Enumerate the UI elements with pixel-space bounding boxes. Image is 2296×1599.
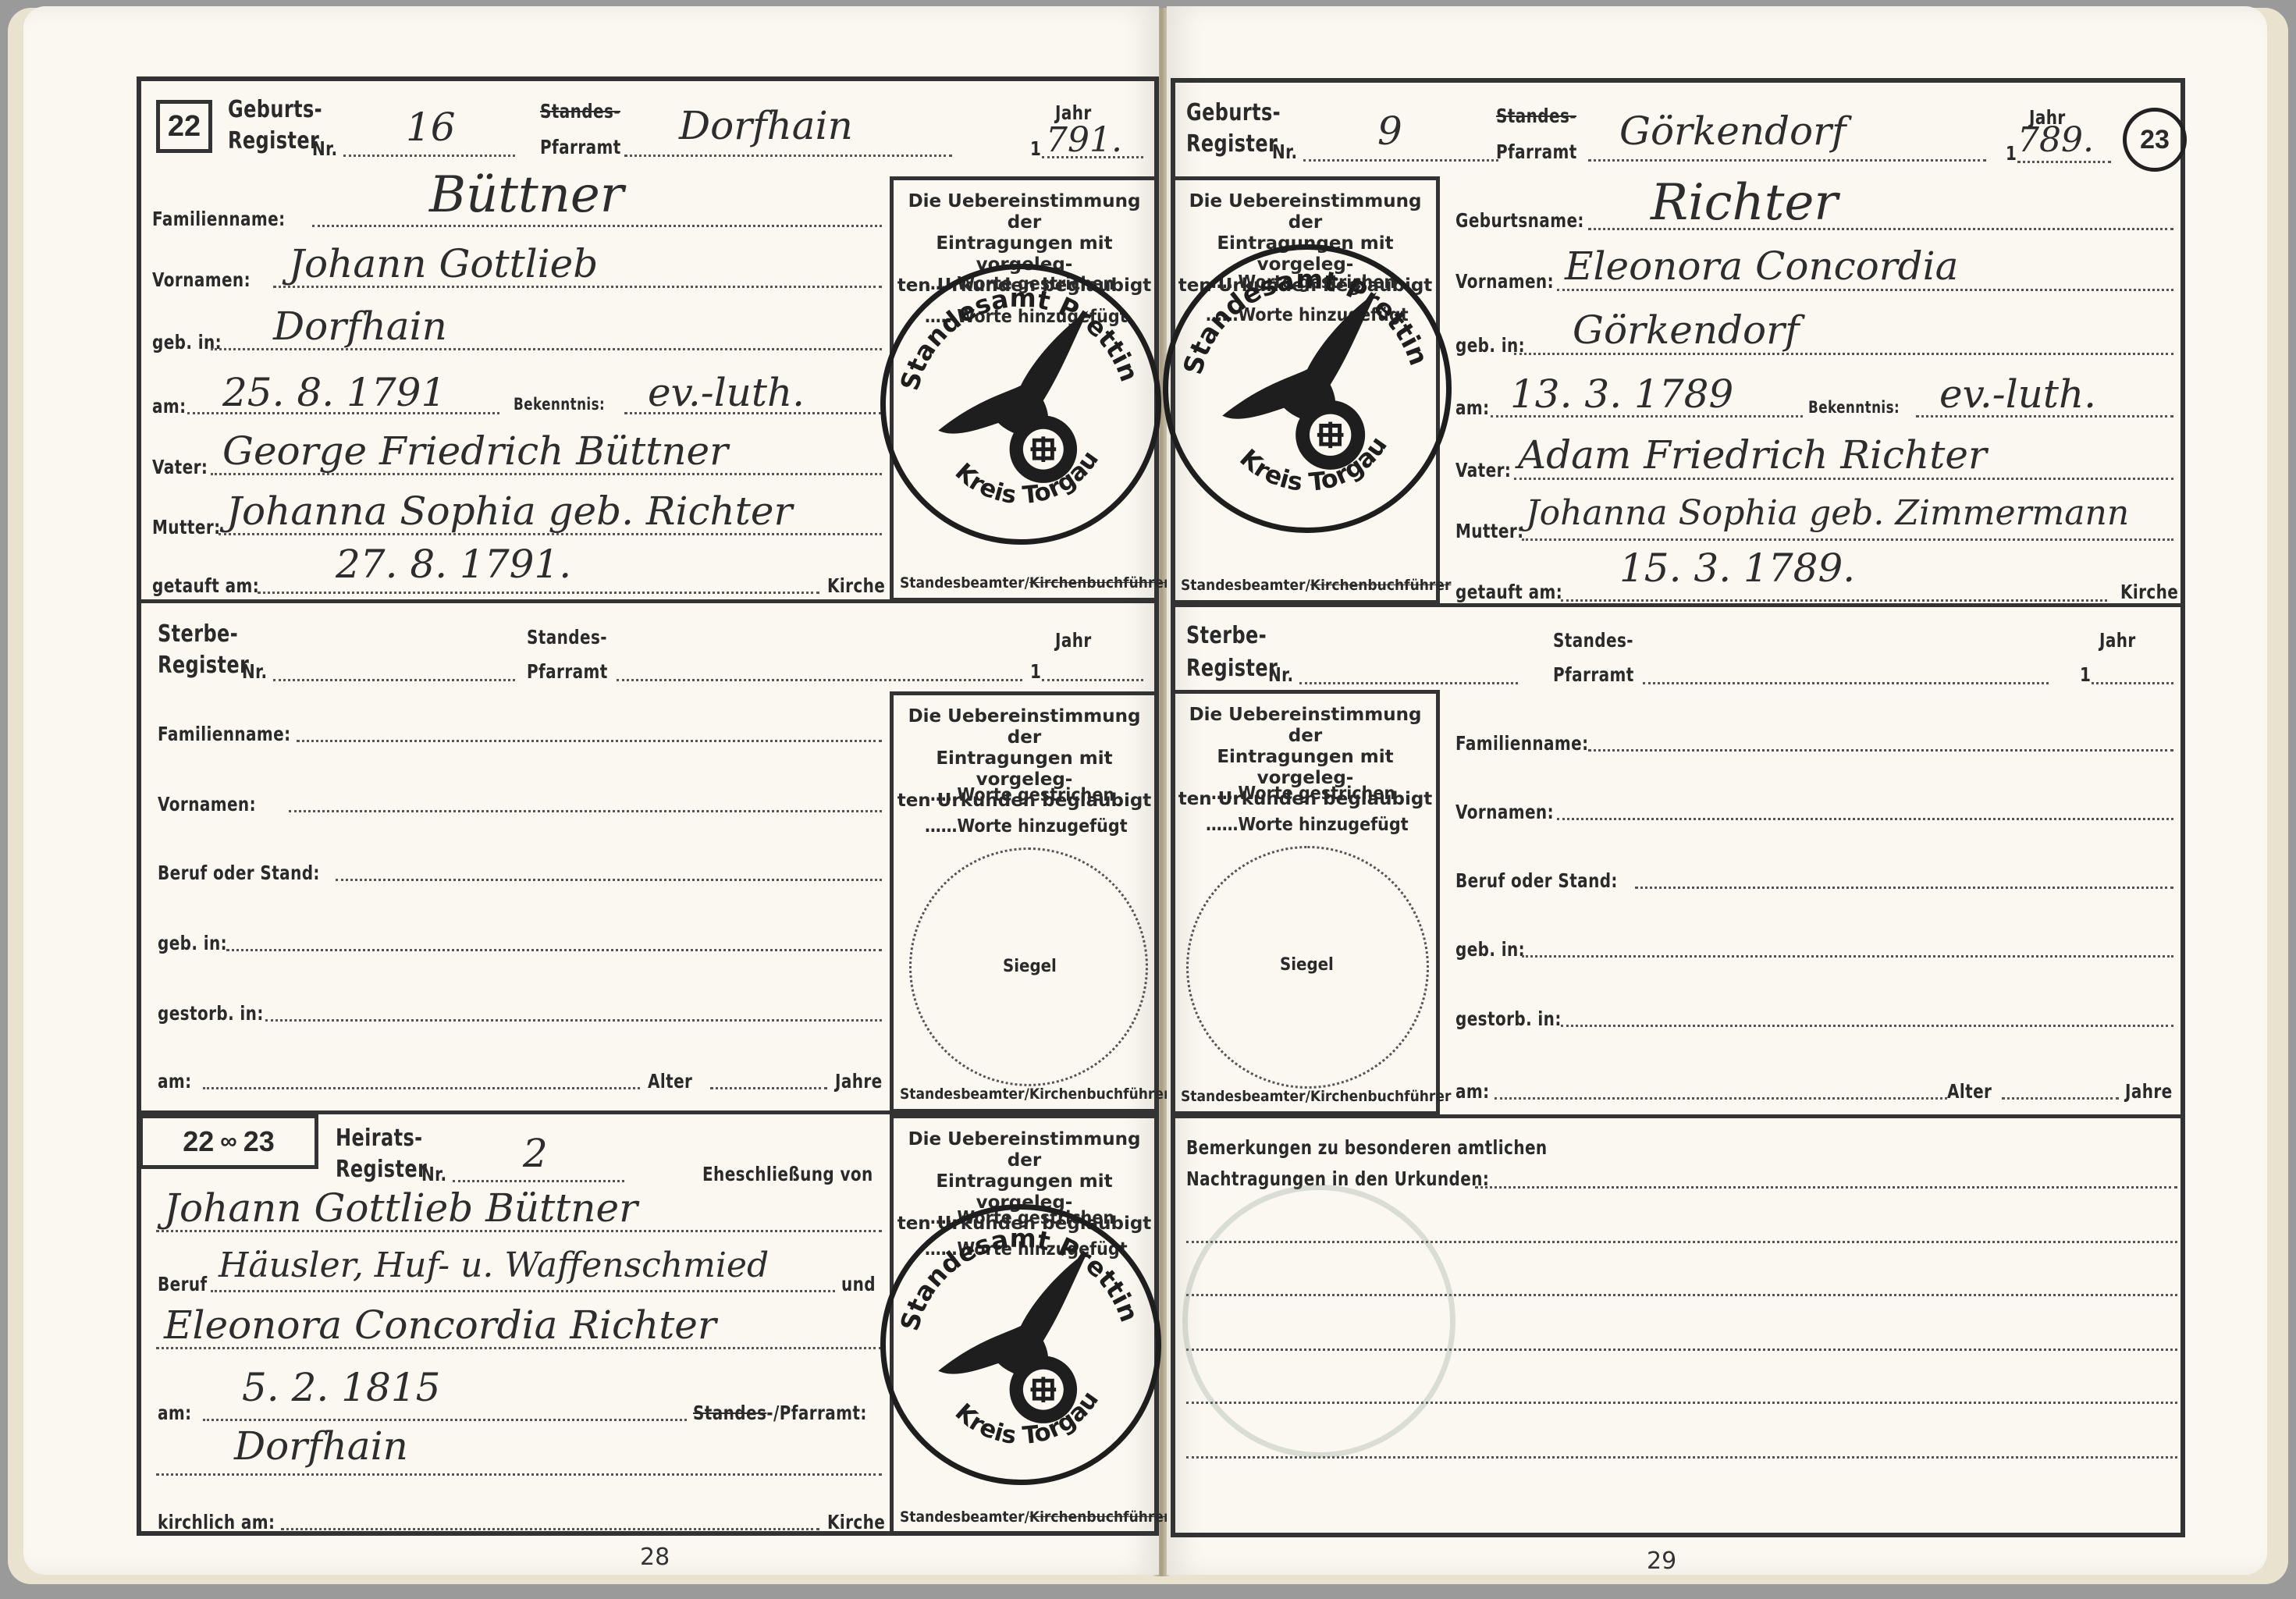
- marriage-groom: Johann Gottlieb Büttner: [164, 1189, 638, 1228]
- label-nr: Nr.: [242, 662, 268, 681]
- field-line: [624, 155, 952, 157]
- label-pfarramt: Pfarramt: [527, 662, 608, 681]
- birth-bekenntnis: ev.-luth.: [648, 373, 805, 412]
- label-vater: Vater:: [152, 457, 208, 477]
- field-line: [1522, 538, 2173, 541]
- cert-footer: Standesbeamter/Kirchenbuchführer: [900, 1508, 1149, 1526]
- label-kirche: Kirche: [827, 576, 885, 595]
- marriage-groom-beruf: Häusler, Huf- u. Waffenschmied: [219, 1249, 769, 1283]
- section-divider: [137, 599, 1159, 603]
- label-am: am:: [152, 396, 187, 416]
- birth-pfarramt: Görkendorf: [1619, 112, 1846, 151]
- label-pfarramt: Pfarramt: [540, 137, 621, 157]
- field-line: [453, 1180, 624, 1182]
- svg-text:Standesamt Prettin: Standesamt Prettin: [1178, 264, 1434, 378]
- couple-number-husband: 22: [183, 1125, 214, 1158]
- label-standes-pfarramt: Standes-/Pfarramt:: [693, 1403, 867, 1423]
- death-alter-field[interactable]: [2002, 1097, 2119, 1100]
- right-page: Geburts- Register Nr. 9 Standes- Pfarram…: [1167, 6, 2267, 1575]
- label-bekenntnis: Bekenntnis:: [514, 396, 605, 413]
- cert-line-1: Die Uebereinstimmung der: [894, 706, 1155, 748]
- official-stamp: Standesamt Prettin Kreis Torgau: [1163, 244, 1452, 533]
- label-kirchlich-am: kirchlich am:: [158, 1512, 275, 1532]
- cert-line-1: Die Uebereinstimmung der: [894, 191, 1155, 233]
- label-am: am:: [158, 1403, 192, 1423]
- label-alter: Alter: [648, 1071, 692, 1091]
- page-number-left: 28: [640, 1544, 670, 1571]
- label-geburts: Geburts-: [228, 98, 322, 122]
- label-register: Register: [1186, 133, 1278, 156]
- cert-footer: Standesbeamter/Kirchenbuchführer: [900, 574, 1149, 592]
- label-register: Register: [228, 130, 319, 153]
- label-mutter: Mutter:: [1455, 521, 1523, 541]
- birth-date: 25. 8. 1791: [222, 373, 446, 412]
- cert-line-2: Eintragungen mit vorgeleg-: [894, 748, 1155, 791]
- death-register-nr-field[interactable]: [1299, 682, 1518, 684]
- label-geburts: Geburts-: [1186, 101, 1281, 125]
- label-beruf: Beruf: [158, 1274, 208, 1294]
- label-pfarramt: Pfarramt: [1553, 665, 1634, 684]
- cert-line-1: Die Uebereinstimmung der: [894, 1129, 1155, 1171]
- label-vornamen: Vornamen:: [1455, 802, 1554, 822]
- birth-year: 789.: [2017, 123, 2094, 158]
- worte-gestrichen: ……Worte gestrichen: [1206, 784, 1395, 804]
- label-nr: Nr.: [312, 139, 338, 158]
- label-standes: Standes-: [1496, 106, 1576, 126]
- death-vornamen-field[interactable]: [289, 810, 882, 812]
- stamp-ring-text: Standesamt Prettin Kreis Torgau: [1168, 250, 1446, 528]
- birth-bekenntnis: ev.-luth.: [1939, 375, 2096, 414]
- bemerkungen-field-1[interactable]: [1475, 1186, 2177, 1189]
- birth-geb-in: Dorfhain: [273, 307, 447, 346]
- field-line: [312, 225, 882, 227]
- death-gestorb-in-field[interactable]: [265, 1019, 882, 1022]
- label-geburtsname: Geburtsname:: [1455, 211, 1584, 230]
- death-geb-in-field[interactable]: [1522, 955, 2173, 958]
- label-sterbe: Sterbe-: [1186, 624, 1267, 648]
- eagle-icon: [938, 1251, 1088, 1423]
- birth-getauft-am: 27. 8. 1791.: [336, 545, 571, 584]
- label-familienname: Familienname:: [152, 209, 286, 229]
- death-beruf-field[interactable]: [1635, 887, 2173, 889]
- label-vornamen: Vornamen:: [158, 794, 256, 814]
- label-gestorb-in: gestorb. in:: [1455, 1009, 1562, 1029]
- label-jahre: Jahre: [2125, 1082, 2173, 1101]
- label-kirche: Kirche: [2120, 582, 2178, 602]
- official-stamp: Standesamt Prettin Kreis Torgau: [880, 264, 1161, 545]
- field-line: [211, 1290, 835, 1292]
- death-familienname-field[interactable]: [297, 740, 882, 742]
- death-geb-in-field[interactable]: [226, 949, 882, 951]
- label-nr: Nr.: [1268, 665, 1294, 684]
- birth-geb-in: Görkendorf: [1573, 311, 1800, 350]
- label-nr: Nr.: [421, 1164, 447, 1184]
- field-line: [343, 155, 515, 157]
- label-register: Register: [1186, 657, 1278, 680]
- label-vornamen: Vornamen:: [1455, 272, 1554, 291]
- section-divider: [1171, 1114, 2185, 1118]
- field-line: [1514, 353, 2173, 355]
- label-register: Register: [336, 1158, 427, 1181]
- label-getauft-am: getauft am:: [1455, 582, 1562, 602]
- death-pfarramt-field[interactable]: [617, 679, 1022, 681]
- cert-footer: Standesbeamter/Kirchenbuchführer: [1181, 1088, 1430, 1105]
- field-line: [2017, 161, 2111, 163]
- label-nr: Nr.: [1272, 142, 1298, 162]
- seal-label: Siegel: [1280, 955, 1334, 975]
- couple-number-wife: 23: [243, 1125, 275, 1158]
- label-jahr-prefix: 1: [2080, 665, 2091, 684]
- section-divider: [1171, 603, 2185, 607]
- label-familienname: Familienname:: [158, 724, 291, 744]
- couple-number-box: 22 ∞ 23: [139, 1114, 318, 1169]
- death-gestorb-in-field[interactable]: [1561, 1025, 2173, 1027]
- cert-footer: Standesbeamter/Kirchenbuchführer: [900, 1086, 1149, 1103]
- label-gestorb-in: gestorb. in:: [158, 1004, 264, 1023]
- birth-year: 791.: [1046, 123, 1122, 158]
- death-year-field[interactable]: [2092, 682, 2173, 684]
- label-jahr-prefix: 1: [1030, 139, 1041, 158]
- death-familienname-field[interactable]: [1588, 749, 2173, 752]
- label-und: und: [841, 1274, 876, 1294]
- label-am: am:: [1455, 1082, 1490, 1101]
- label-am: am:: [158, 1071, 192, 1091]
- death-pfarramt-field[interactable]: [1643, 682, 2049, 684]
- cert-line-2: Eintragungen mit vorgeleg-: [1175, 747, 1436, 789]
- page-number-right: 29: [1647, 1547, 1676, 1575]
- label-heirats: Heirats-: [336, 1127, 423, 1150]
- label-jahr-prefix: 1: [1030, 662, 1041, 681]
- eagle-icon: [1222, 292, 1377, 469]
- label-bekenntnis: Bekenntnis:: [1808, 400, 1900, 416]
- label-bemerkungen-1: Bemerkungen zu besonderen amtlichen: [1186, 1138, 1548, 1157]
- stamp-ring-text: Standesamt Prettin Kreis Torgau: [886, 1210, 1156, 1480]
- label-jahr: Jahr: [1055, 631, 1092, 650]
- standes-strike: Standes: [693, 1402, 766, 1424]
- death-date-field[interactable]: [203, 1087, 640, 1089]
- marriage-date: 5. 2. 1815: [242, 1368, 440, 1407]
- label-jahre: Jahre: [835, 1071, 883, 1091]
- label-vater: Vater:: [1455, 460, 1511, 480]
- birth-register-nr: 9: [1377, 112, 1402, 151]
- certification-box: Die Uebereinstimmung der Eintragungen mi…: [1171, 690, 1440, 1115]
- birth-vornamen: Eleonora Concordia: [1565, 247, 1958, 286]
- birth-vornamen: Johann Gottlieb: [289, 244, 598, 283]
- ancestor-number-box: 22: [156, 100, 212, 153]
- label-standes: Standes-: [540, 101, 620, 121]
- ancestor-number-circle: 23: [2123, 108, 2187, 172]
- official-stamp: Standesamt Prettin Kreis Torgau: [880, 1204, 1161, 1485]
- label-kirche: Kirche: [827, 1512, 885, 1532]
- faint-stamp-offprint: [1182, 1185, 1455, 1458]
- field-line: [1514, 478, 2173, 480]
- marriage-register-nr: 2: [523, 1134, 548, 1173]
- birth-pfarramt: Dorfhain: [679, 106, 853, 145]
- marriage-symbol-icon: ∞: [220, 1128, 236, 1155]
- marriage-pfarramt: Dorfhain: [234, 1427, 408, 1466]
- field-line: [156, 1473, 882, 1476]
- worte-hinzugefuegt: ……Worte hinzugefügt: [925, 816, 1128, 837]
- field-line: [1561, 599, 2107, 602]
- certification-box: Die Uebereinstimmung der Eintragungen mi…: [890, 691, 1159, 1113]
- field-line: [1303, 159, 1498, 162]
- label-vornamen: Vornamen:: [152, 270, 251, 290]
- label-familienname: Familienname:: [1455, 734, 1589, 753]
- label-beruf-oder-stand: Beruf oder Stand:: [1455, 871, 1618, 890]
- label-eheschliessung-von: Eheschließung von: [702, 1164, 873, 1184]
- birth-register-nr: 16: [406, 108, 456, 147]
- label-sterbe: Sterbe-: [158, 623, 238, 646]
- label-geb-in: geb. in:: [1455, 940, 1525, 959]
- seal-label: Siegel: [1003, 957, 1057, 976]
- death-date-field[interactable]: [1495, 1097, 1947, 1100]
- label-pfarramt: Pfarramt: [1496, 142, 1577, 162]
- cert-line-1: Die Uebereinstimmung der: [1175, 191, 1436, 233]
- field-line: [203, 1419, 687, 1421]
- death-year-field[interactable]: [1042, 679, 1143, 681]
- eagle-icon: [938, 311, 1088, 483]
- worte-hinzugefuegt: ……Worte hinzugefügt: [1206, 815, 1409, 835]
- birth-mutter: Johanna Sophia geb. Richter: [226, 492, 792, 531]
- field-line: [258, 592, 819, 594]
- birth-getauft-am: 15. 3. 1789.: [1619, 549, 1855, 588]
- label-jahr-prefix: 1: [2006, 144, 2017, 163]
- label-standes: Standes-: [1553, 631, 1633, 650]
- svg-text:Standesamt Prettin: Standesamt Prettin: [894, 283, 1144, 394]
- stamp-ring-text: Standesamt Prettin Kreis Torgau: [886, 269, 1156, 539]
- label-mutter: Mutter:: [152, 517, 220, 537]
- label-am: am:: [1455, 398, 1490, 418]
- death-register-nr-field[interactable]: [273, 679, 515, 681]
- label-standes: Standes-: [527, 627, 607, 647]
- cert-footer: Standesbeamter/Kirchenbuchführer: [1181, 577, 1430, 594]
- label-geb-in: geb. in:: [158, 933, 227, 953]
- left-page: 22 Geburts- Register Nr. 16 Standes- Pfa…: [23, 6, 1159, 1575]
- birth-mutter: Johanna Sophia geb. Zimmermann: [1526, 496, 2129, 531]
- label-jahr: Jahr: [2099, 631, 2136, 650]
- svg-text:Standesamt Prettin: Standesamt Prettin: [894, 1224, 1144, 1334]
- birth-familienname: Büttner: [429, 170, 624, 220]
- birth-geburtsname: Richter: [1651, 178, 1838, 228]
- label-getauft-am: getauft am:: [152, 576, 259, 595]
- marriage-bride: Eleonora Concordia Richter: [164, 1306, 716, 1345]
- death-beruf-field[interactable]: [336, 879, 882, 881]
- birth-date: 13. 3. 1789: [1510, 375, 1733, 414]
- death-vornamen-field[interactable]: [1557, 818, 2173, 820]
- birth-vater: George Friedrich Büttner: [222, 432, 728, 471]
- cert-line-1: Die Uebereinstimmung der: [1175, 705, 1436, 747]
- marriage-kirchlich-field[interactable]: [281, 1528, 819, 1530]
- worte-gestrichen: ……Worte gestrichen: [925, 785, 1114, 805]
- birth-vater: Adam Friedrich Richter: [1518, 435, 1987, 474]
- field-line: [1557, 289, 2173, 291]
- label-register: Register: [158, 654, 249, 677]
- label-alter: Alter: [1947, 1082, 1992, 1101]
- label-beruf-oder-stand: Beruf oder Stand:: [158, 863, 320, 883]
- death-alter-field[interactable]: [710, 1087, 827, 1089]
- field-line: [1588, 159, 1986, 162]
